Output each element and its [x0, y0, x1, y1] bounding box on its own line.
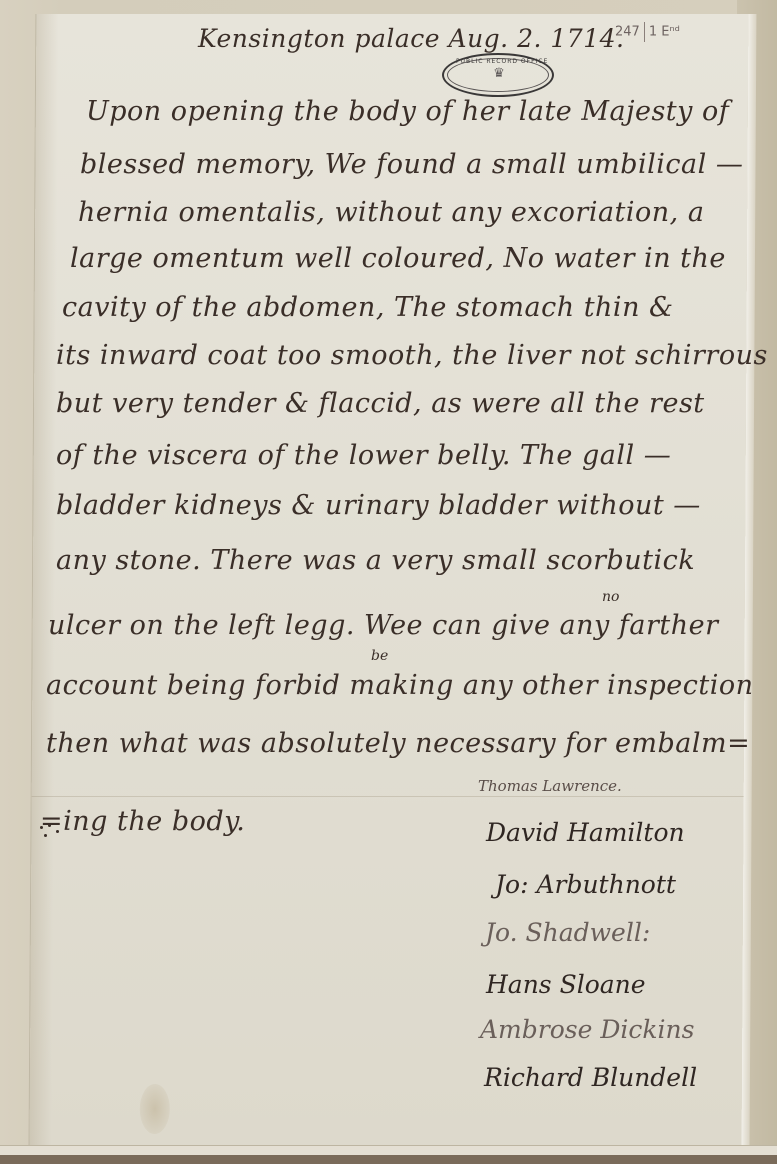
fold-line	[32, 796, 744, 797]
stamp-text: PUBLIC RECORD OFFICE	[456, 58, 548, 65]
signature-richard-blundell: Richard Blundell	[484, 1063, 697, 1092]
document-heading: Kensington palace Aug. 2. 1714.	[198, 24, 624, 53]
body-line: cavity of the abdomen, The stomach thin …	[62, 292, 674, 323]
signature-david-hamilton: David Hamilton	[486, 818, 685, 847]
body-line: bladder kidneys & urinary bladder withou…	[56, 490, 701, 521]
body-line: its inward coat too smooth, the liver no…	[56, 340, 768, 371]
interlinear-insertion: no	[602, 589, 619, 605]
body-line: of the viscera of the lower belly. The g…	[56, 440, 671, 471]
signature-thomas-lawrence: Thomas Lawrence.	[478, 777, 622, 795]
body-line: =ing the body.	[40, 806, 245, 837]
interlinear-insertion: be	[371, 648, 388, 664]
crown-icon: ♛	[490, 67, 508, 81]
body-line: blessed memory, We found a small umbilic…	[80, 149, 743, 180]
body-line: account being forbid making any other in…	[46, 670, 754, 701]
signature-jo-shadwell: Jo. Shadwell:	[485, 918, 650, 947]
signature-ambrose-dickins: Ambrose Dickins	[480, 1015, 694, 1044]
body-line: but very tender & flaccid, as were all t…	[56, 388, 705, 419]
record-office-stamp: PUBLIC RECORD OFFICE ♛	[442, 53, 554, 97]
archive-reference: 2471 Eⁿᵈ	[615, 22, 680, 42]
archive-reference-suffix: 1 Eⁿᵈ	[649, 25, 680, 40]
archive-reference-divider	[644, 22, 645, 42]
archive-reference-number: 247	[615, 25, 640, 40]
body-line: ulcer on the left legg. Wee can give any…	[48, 610, 718, 641]
body-line: large omentum well coloured, No water in…	[70, 243, 726, 274]
body-line: hernia omentalis, without any excoriatio…	[78, 197, 704, 228]
ink-spots	[38, 822, 68, 842]
body-line: Upon opening the body of her late Majest…	[86, 96, 729, 127]
binding-edge	[0, 1155, 777, 1164]
paper-stain	[140, 1084, 170, 1134]
signature-hans-sloane: Hans Sloane	[486, 970, 646, 999]
body-line: then what was absolutely necessary for e…	[46, 728, 750, 759]
signature-jo-arbuthnott: Jo: Arbuthnott	[495, 870, 676, 899]
body-line: any stone. There was a very small scorbu…	[56, 545, 695, 576]
